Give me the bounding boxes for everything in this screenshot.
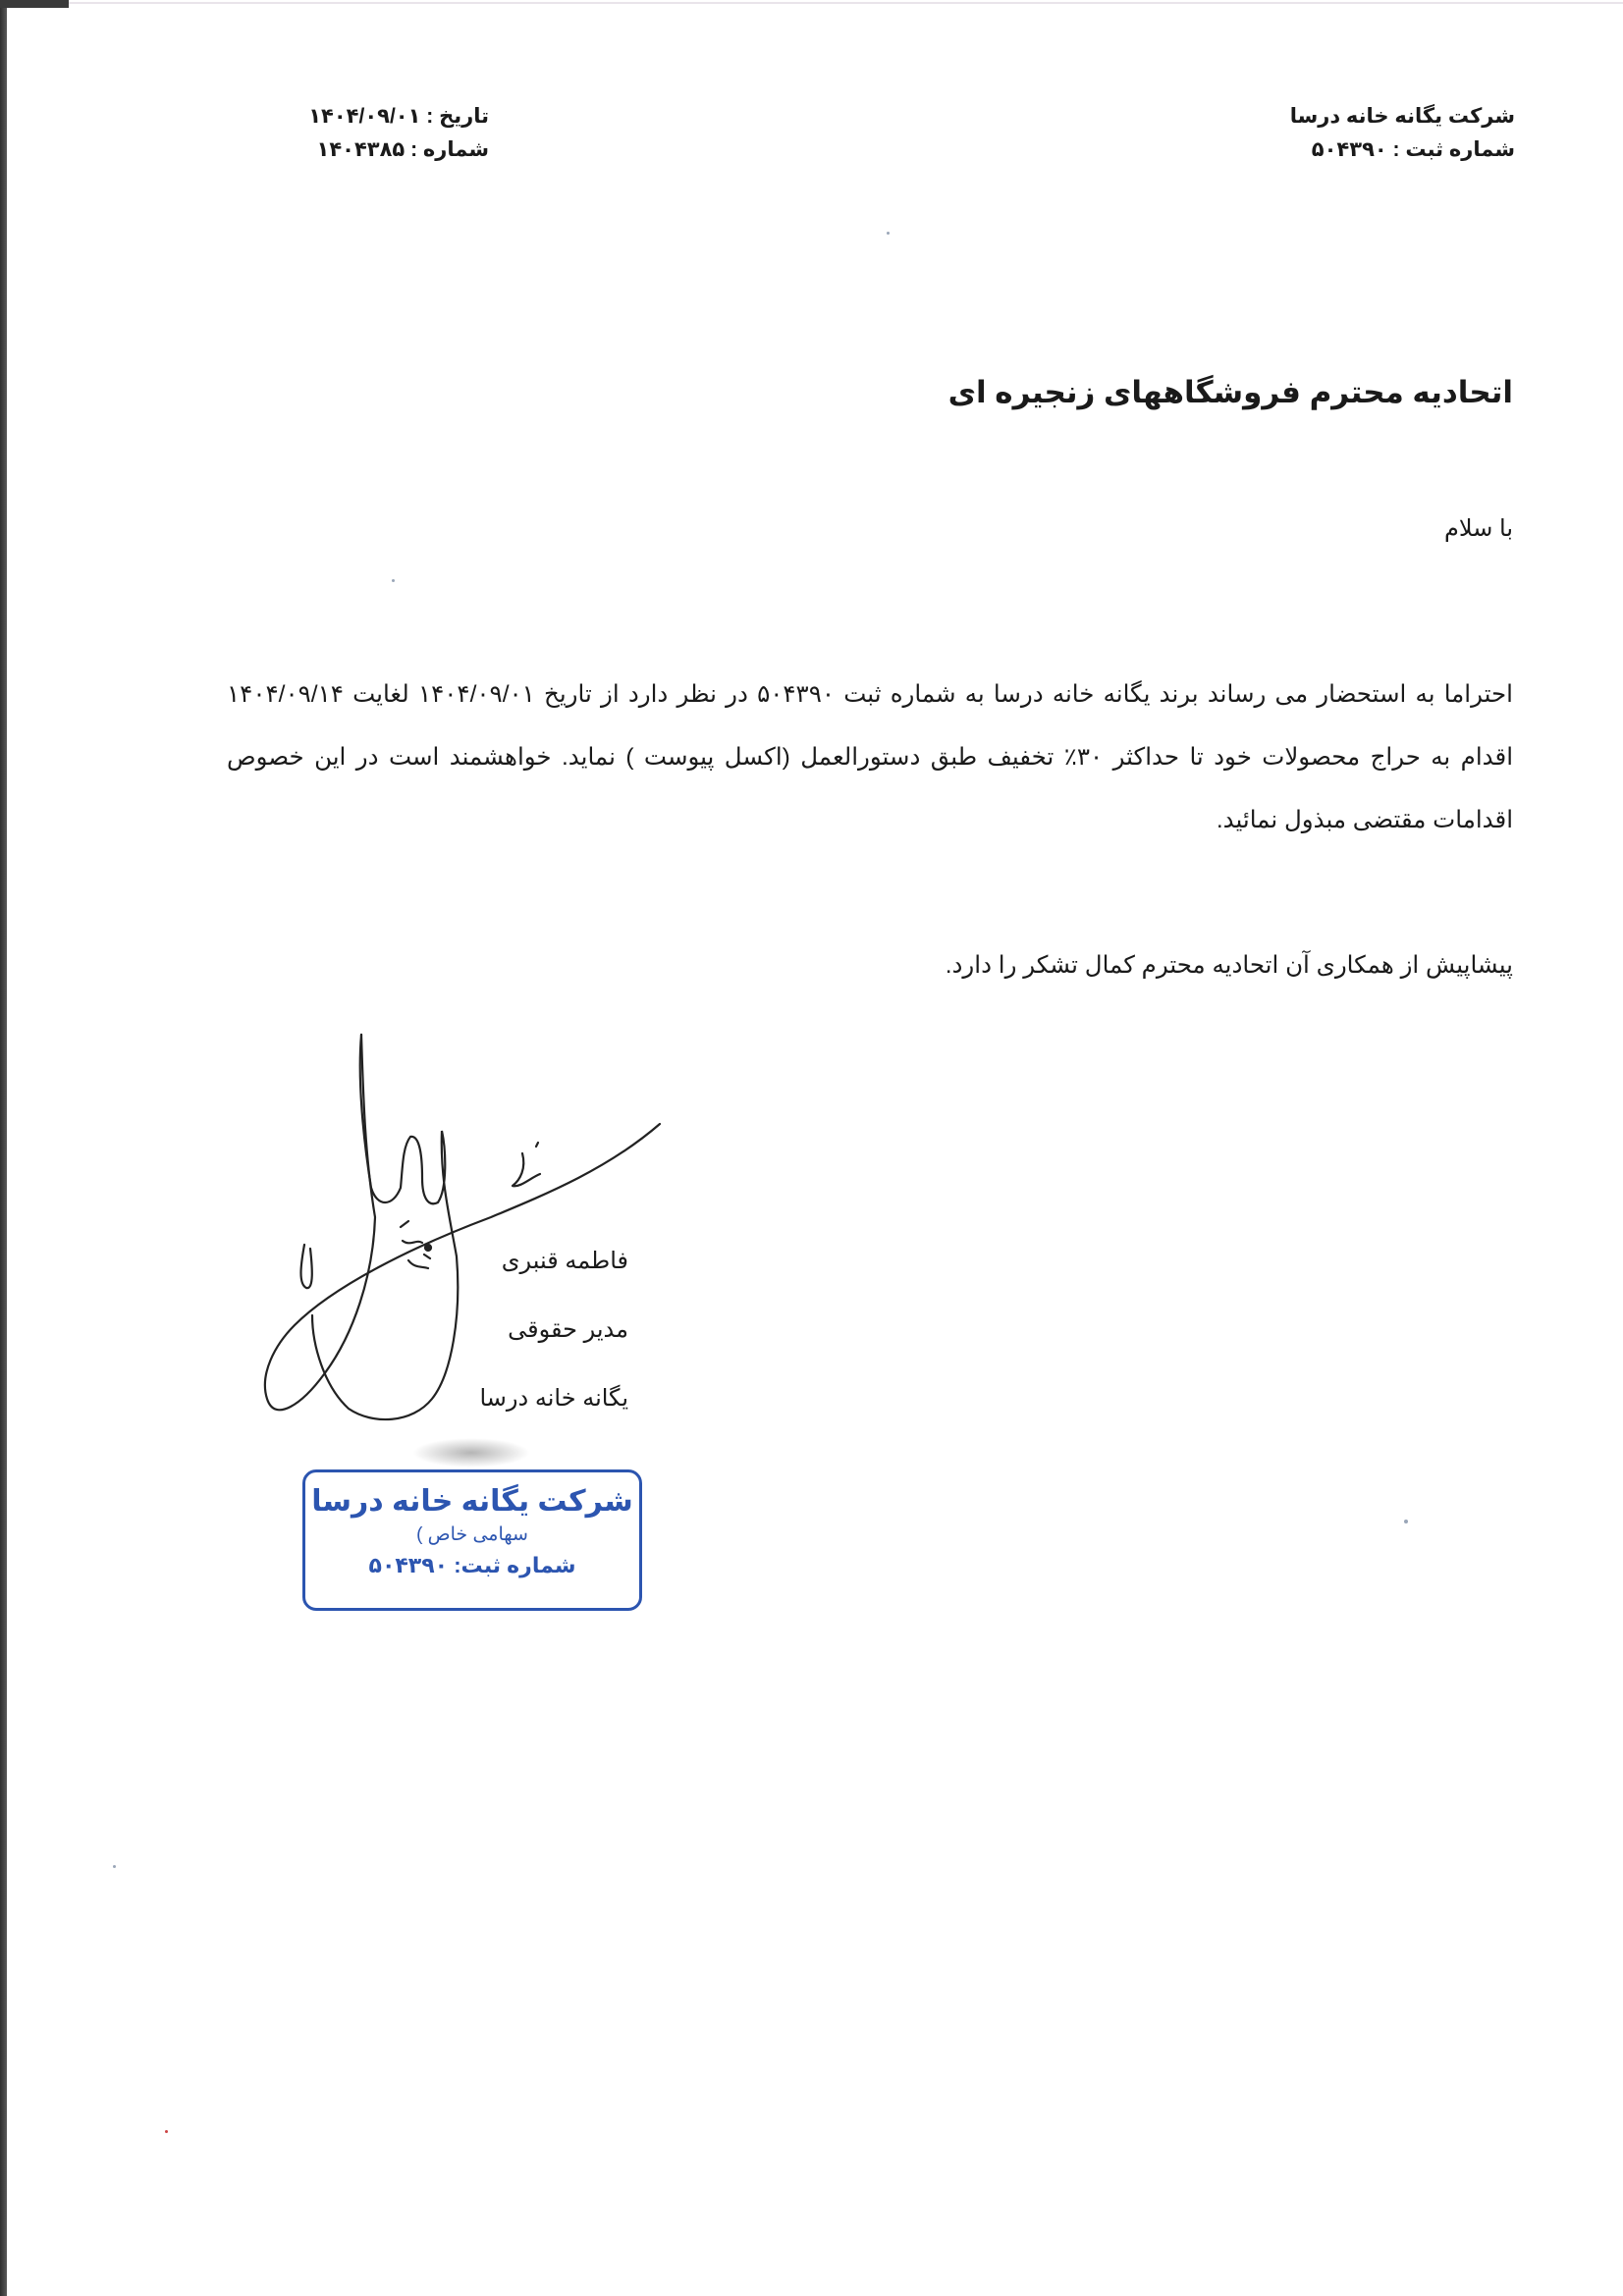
scan-speck (113, 1865, 116, 1868)
letter-body: احتراما به استحضار می رساند برند یگانه خ… (227, 664, 1513, 852)
scan-speck (887, 232, 890, 235)
scan-border-top (0, 0, 69, 8)
letterhead-company: شرکت یگانه خانه درسا شماره ثبت : ۵۰۴۳۹۰ (1290, 100, 1515, 167)
letter-date: تاریخ : ۱۴۰۴/۰۹/۰۱ (245, 100, 489, 133)
scan-speck (392, 579, 395, 582)
scan-speck (165, 2130, 168, 2133)
signatory-company: یگانه خانه درسا (393, 1364, 628, 1433)
greeting: با سلام (1444, 514, 1513, 543)
company-name: شرکت یگانه خانه درسا (1290, 100, 1515, 133)
stamp-company-name: شرکت یگانه خانه درسا (305, 1482, 639, 1522)
stamp-registration: شماره ثبت: ۵۰۴۳۹۰ (305, 1549, 639, 1582)
scan-border-left (0, 0, 7, 2296)
company-stamp: شرکت یگانه خانه درسا سهامی خاص ) شماره ث… (302, 1469, 642, 1611)
registration-number: شماره ثبت : ۵۰۴۳۹۰ (1290, 133, 1515, 167)
letter-meta: تاریخ : ۱۴۰۴/۰۹/۰۱ شماره : ۱۴۰۴۳۸۵ (245, 100, 489, 167)
letter-number: شماره : ۱۴۰۴۳۸۵ (245, 133, 489, 167)
signatory-block: فاطمه قنبری مدیر حقوقی یگانه خانه درسا (393, 1227, 628, 1433)
signatory-name: فاطمه قنبری (393, 1227, 628, 1296)
addressee: اتحادیه محترم فروشگاههای زنجیره ای (948, 375, 1513, 410)
scan-speck (1404, 1520, 1408, 1523)
scan-border-line (69, 2, 1623, 4)
closing-line: پیشاپیش از همکاری آن اتحادیه محترم کمال … (946, 950, 1513, 980)
ink-smudge (412, 1438, 530, 1468)
stamp-company-type: سهامی خاص ) (305, 1522, 639, 1549)
signatory-title: مدیر حقوقی (393, 1296, 628, 1364)
